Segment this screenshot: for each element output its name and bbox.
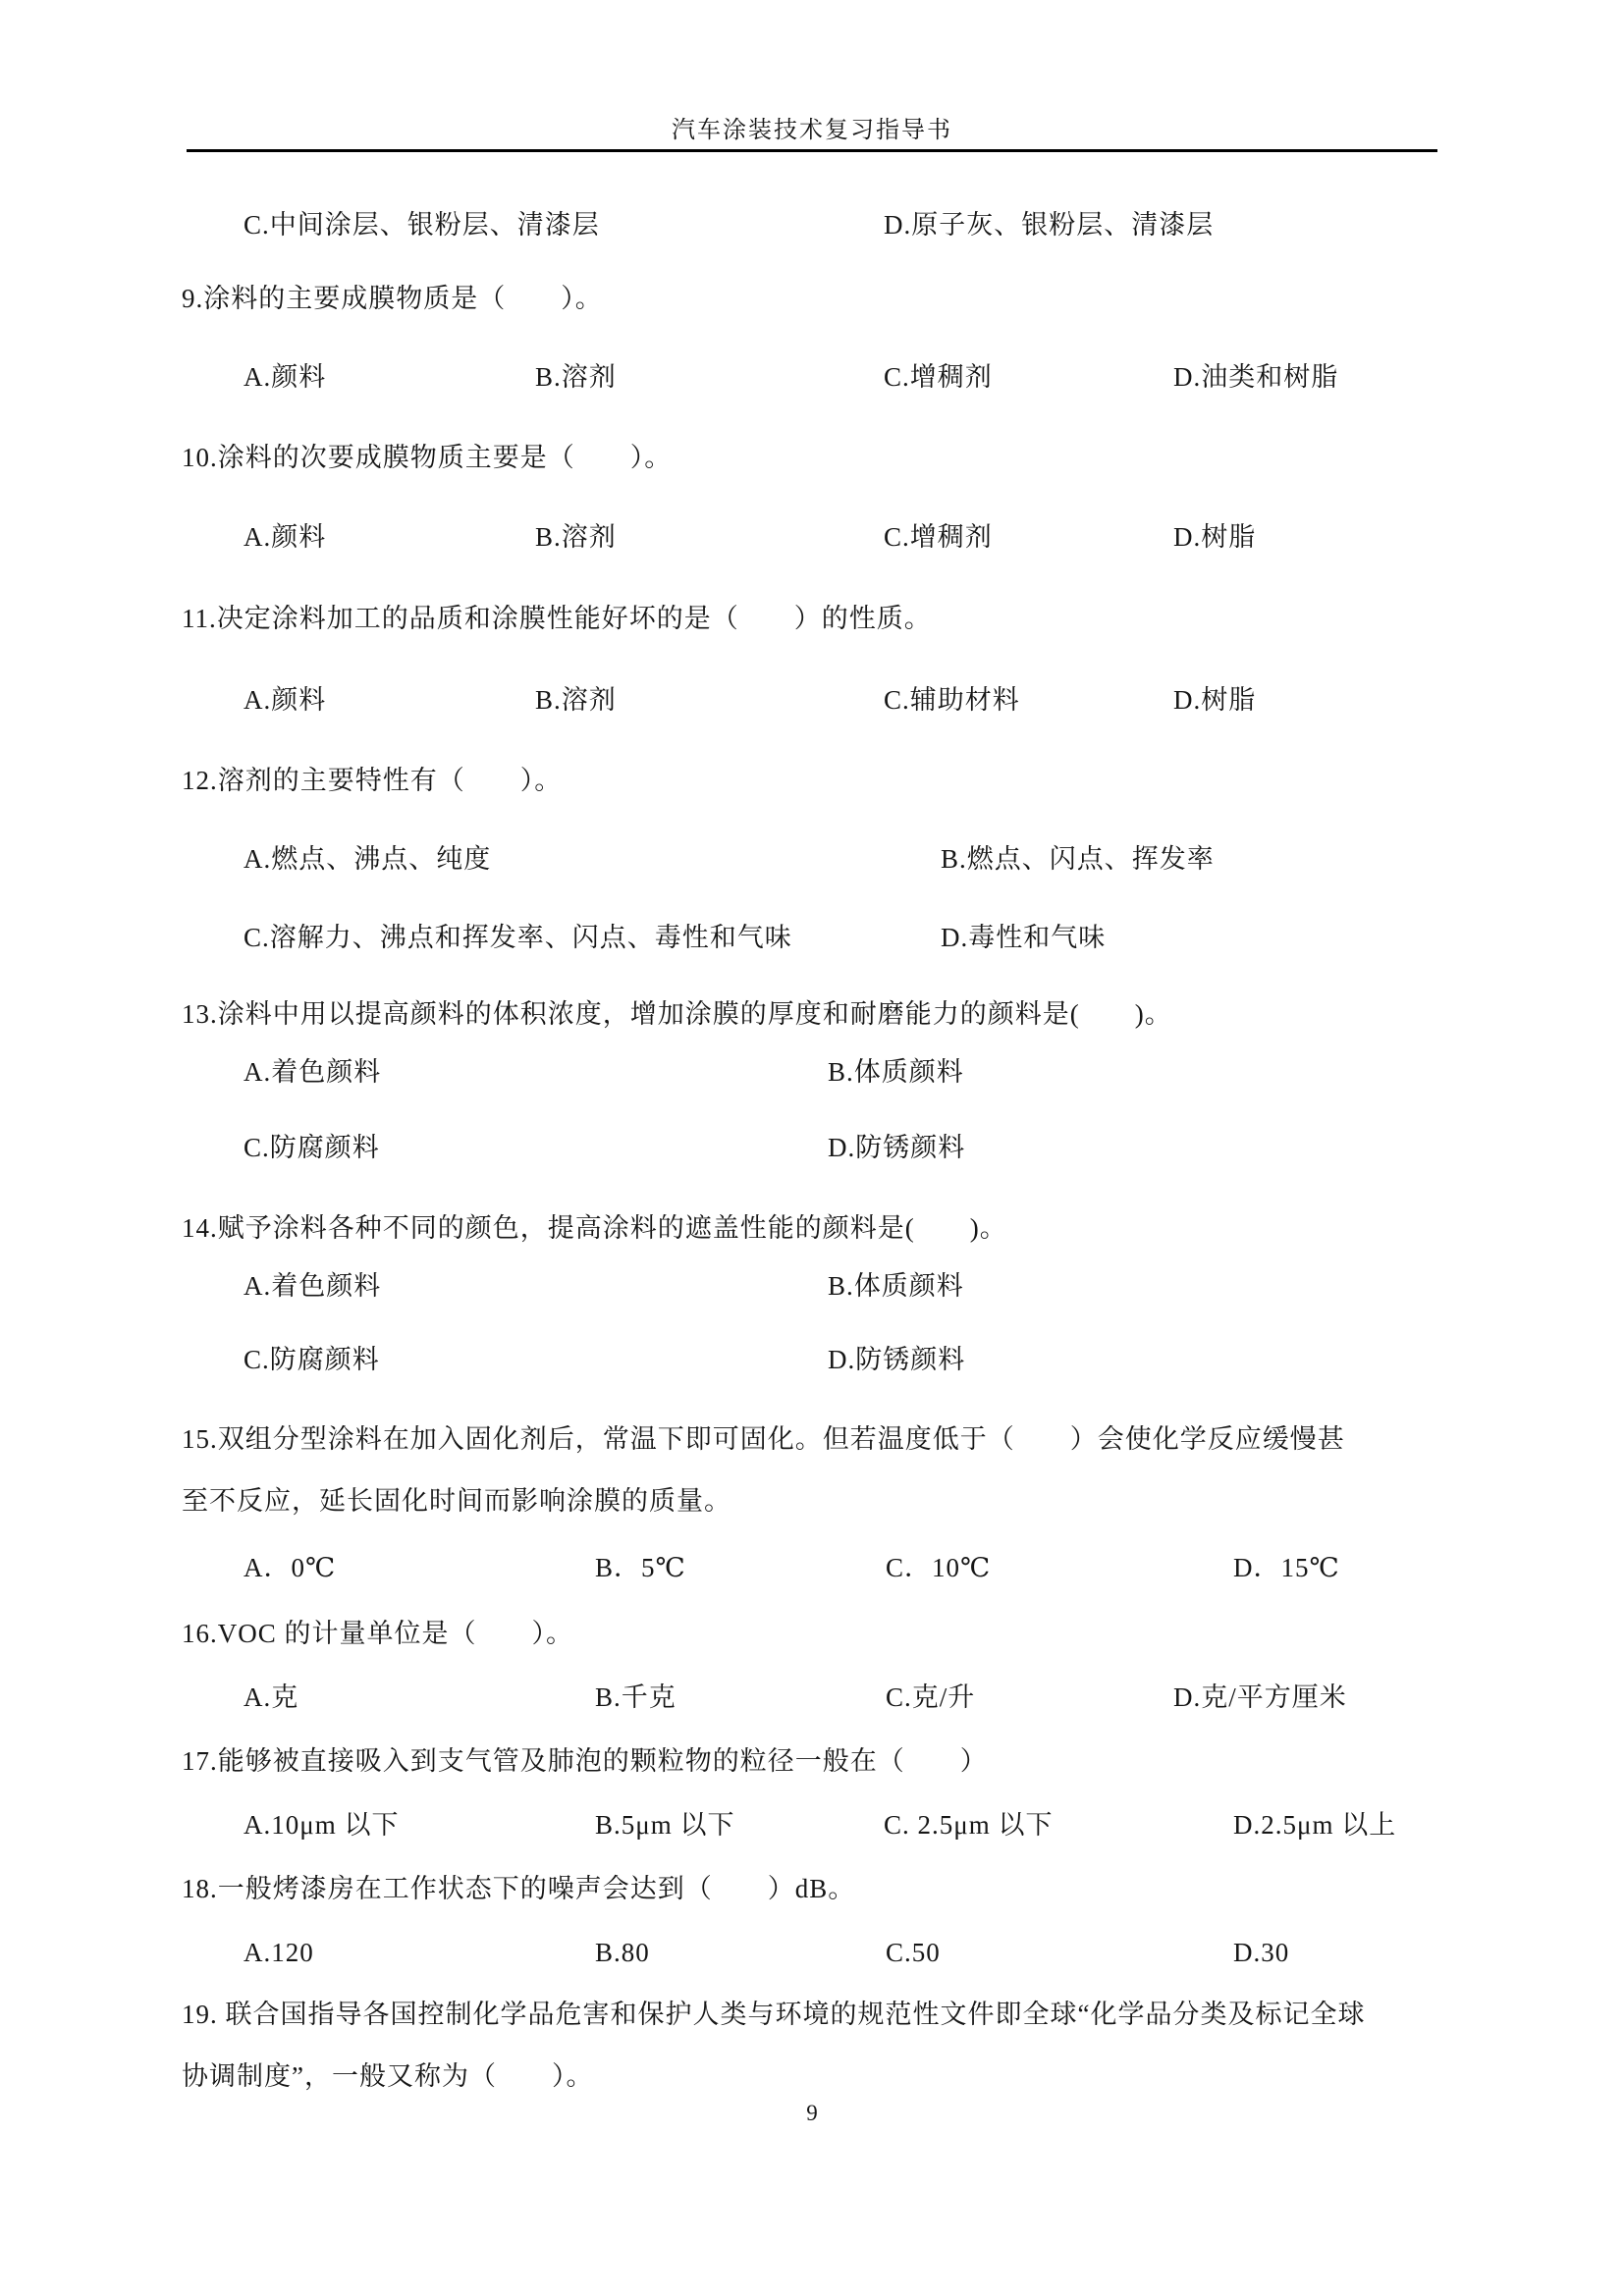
option-c: C.50 xyxy=(886,1939,941,1968)
page-header-title: 汽车涂装技术复习指导书 xyxy=(0,118,1624,143)
option-c: C.增稠剂 xyxy=(884,523,993,553)
option-d: D.树脂 xyxy=(1173,686,1256,716)
question-text: 15.双组分型涂料在加入固化剂后，常温下即可固化。但若温度低于（ ）会使化学反应… xyxy=(182,1425,1345,1455)
option-a: A．0℃ xyxy=(244,1554,336,1583)
option-c: C.溶解力、沸点和挥发率、闪点、毒性和气味 xyxy=(244,924,792,953)
option-b: B.燃点、闪点、挥发率 xyxy=(941,845,1215,875)
option-d: D.原子灰、银粉层、清漆层 xyxy=(884,211,1214,240)
option-b: B.千克 xyxy=(595,1683,677,1713)
question-text: 18.一般烤漆房在工作状态下的噪声会达到（ ）dB。 xyxy=(182,1875,855,1904)
option-a: A.颜料 xyxy=(244,686,326,716)
question-text: 16.VOC 的计量单位是（ ）。 xyxy=(182,1620,573,1649)
option-d: D.树脂 xyxy=(1173,523,1256,553)
option-a: A.燃点、沸点、纯度 xyxy=(244,845,491,875)
option-c: C.增稠剂 xyxy=(884,363,993,393)
option-c: C.中间涂层、银粉层、清漆层 xyxy=(244,211,600,240)
option-a: A.着色颜料 xyxy=(244,1058,381,1088)
option-b: B.体质颜料 xyxy=(828,1272,964,1302)
question-text: 19. 联合国指导各国控制化学品危害和保护人类与环境的规范性文件即全球“化学品分… xyxy=(182,2001,1365,2030)
option-b: B.体质颜料 xyxy=(828,1058,964,1088)
option-c: C.克/升 xyxy=(886,1683,975,1713)
option-c: C．10℃ xyxy=(886,1554,991,1583)
question-text-continued: 协调制度”，一般又称为（ ）。 xyxy=(182,2062,593,2092)
option-b: B.溶剂 xyxy=(535,686,617,716)
option-c: C.防腐颜料 xyxy=(244,1346,380,1375)
option-b: B．5℃ xyxy=(595,1554,686,1583)
question-text: 17.能够被直接吸入到支气管及肺泡的颗粒物的粒径一般在（ ） xyxy=(182,1747,988,1777)
question-text: 10.涂料的次要成膜物质主要是（ ）。 xyxy=(182,444,672,473)
option-c: C.防腐颜料 xyxy=(244,1134,380,1163)
option-a: A.克 xyxy=(244,1683,298,1713)
option-d: D.油类和树脂 xyxy=(1173,363,1338,393)
option-b: B.5μm 以下 xyxy=(595,1811,735,1841)
question-text: 13.涂料中用以提高颜料的体积浓度，增加涂膜的厚度和耐磨能力的颜料是( )。 xyxy=(182,1000,1172,1030)
option-d: D．15℃ xyxy=(1233,1554,1340,1583)
option-b: B.溶剂 xyxy=(535,363,617,393)
question-text: 11.决定涂料加工的品质和涂膜性能好坏的是（ ）的性质。 xyxy=(182,605,932,634)
option-d: D.防锈颜料 xyxy=(828,1346,965,1375)
option-d: D.毒性和气味 xyxy=(941,924,1106,953)
option-b: B.80 xyxy=(595,1939,650,1968)
document-page: 汽车涂装技术复习指导书 C.中间涂层、银粉层、清漆层 D.原子灰、银粉层、清漆层… xyxy=(0,0,1624,2296)
option-d: D.30 xyxy=(1233,1939,1289,1968)
option-d: D.防锈颜料 xyxy=(828,1134,965,1163)
option-a: A.着色颜料 xyxy=(244,1272,381,1302)
option-d: D.2.5μm 以上 xyxy=(1233,1811,1396,1841)
option-a: A.10μm 以下 xyxy=(244,1811,399,1841)
page-number: 9 xyxy=(0,2101,1624,2125)
question-text: 14.赋予涂料各种不同的颜色，提高涂料的遮盖性能的颜料是( )。 xyxy=(182,1214,1007,1244)
option-d: D.克/平方厘米 xyxy=(1173,1683,1347,1713)
question-text-continued: 至不反应，延长固化时间而影响涂膜的质量。 xyxy=(182,1487,731,1517)
question-text: 9.涂料的主要成膜物质是（ ）。 xyxy=(182,285,603,314)
option-c: C. 2.5μm 以下 xyxy=(884,1811,1054,1841)
option-b: B.溶剂 xyxy=(535,523,617,553)
option-c: C.辅助材料 xyxy=(884,686,1020,716)
option-a: A.120 xyxy=(244,1939,314,1968)
header-rule xyxy=(187,149,1437,152)
option-a: A.颜料 xyxy=(244,523,326,553)
question-text: 12.溶剂的主要特性有（ ）。 xyxy=(182,767,562,796)
option-a: A.颜料 xyxy=(244,363,326,393)
